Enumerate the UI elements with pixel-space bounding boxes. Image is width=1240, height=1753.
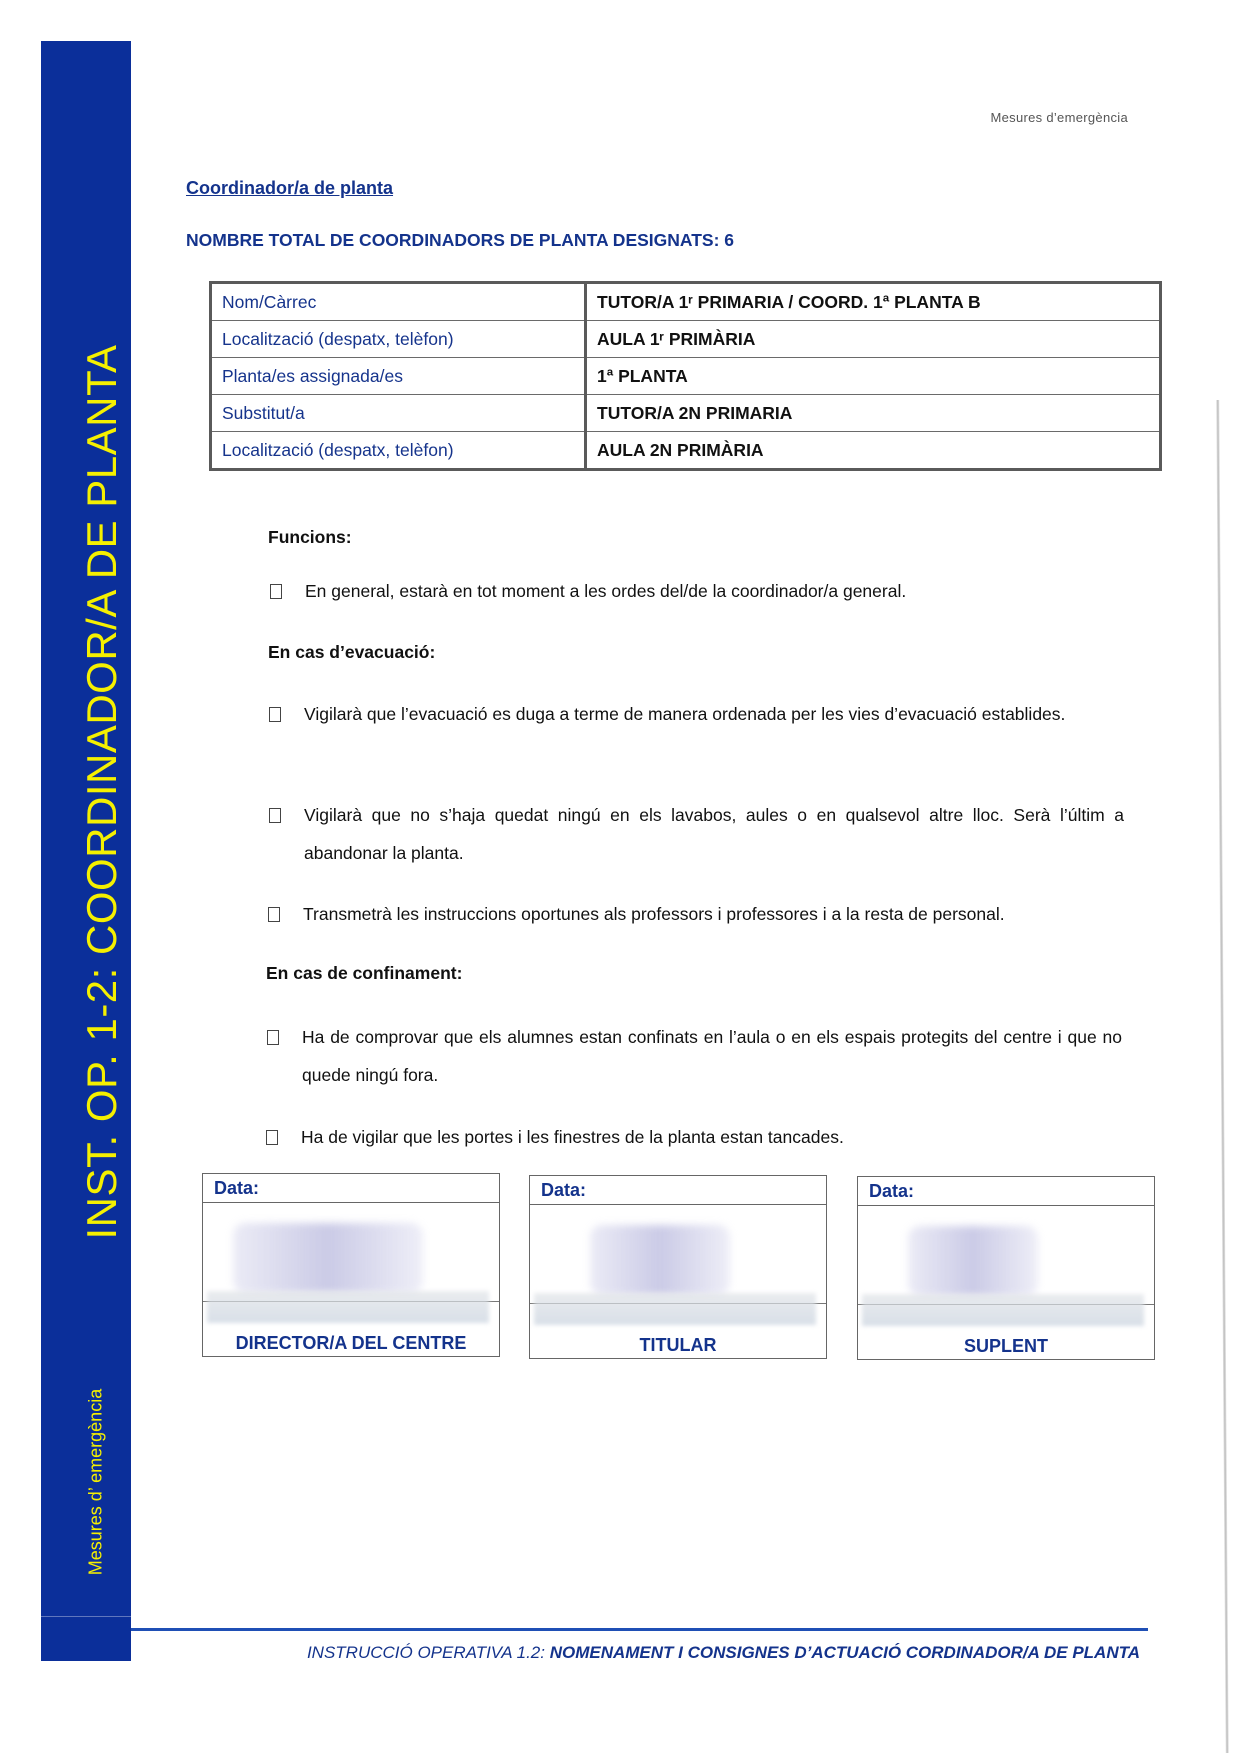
row-label: Planta/es assignada/es <box>211 358 586 395</box>
checkbox-icon <box>266 1130 278 1145</box>
table-row: Substitut/a TUTOR/A 2N PRIMARIA <box>211 395 1161 432</box>
row-label: Localització (despatx, telèfon) <box>211 432 586 470</box>
date-label: Data: <box>858 1177 1154 1206</box>
checkbox-icon <box>267 1030 279 1045</box>
coordinator-info-table: Nom/Càrrec TUTOR/A 1ʳ PRIMARIA / COORD. … <box>209 281 1162 471</box>
list-item: En general, estarà en tot moment a les o… <box>305 572 1125 610</box>
checkbox-icon <box>268 907 280 922</box>
redacted-signature <box>908 1226 1038 1296</box>
signature-area <box>858 1206 1154 1328</box>
redacted-name <box>534 1293 816 1325</box>
row-value: AULA 2N PRIMÀRIA <box>586 432 1161 470</box>
row-value: 1ª PLANTA <box>586 358 1161 395</box>
redacted-signature <box>590 1225 730 1295</box>
signature-role: DIRECTOR/A DEL CENTRE <box>203 1333 499 1354</box>
section-title: Coordinador/a de planta <box>186 178 393 199</box>
date-label: Data: <box>203 1174 499 1203</box>
redacted-signature <box>233 1223 423 1293</box>
footer-title: NOMENAMENT I CONSIGNES D’ACTUACIÓ CORDIN… <box>550 1643 1140 1662</box>
list-item: Transmetrà les instruccions oportunes al… <box>303 895 1123 933</box>
sidebar-title: INST. OP. 1-2: COORDINADOR/A DE PLANTA <box>78 345 126 1240</box>
row-label: Nom/Càrrec <box>211 283 586 321</box>
signature-role: SUPLENT <box>858 1336 1154 1357</box>
list-item: Ha de comprovar que els alumnes estan co… <box>302 1018 1122 1094</box>
signature-role: TITULAR <box>530 1335 826 1356</box>
signature-box-director: Data: DIRECTOR/A DEL CENTRE <box>202 1173 500 1357</box>
sidebar-subtitle: Mesures d’ emergència <box>86 1389 107 1575</box>
scan-page-edge <box>1216 400 1228 1753</box>
signature-box-suplent: Data: SUPLENT <box>857 1176 1155 1360</box>
row-value: TUTOR/A 2N PRIMARIA <box>586 395 1161 432</box>
signature-area <box>530 1205 826 1327</box>
row-label: Localització (despatx, telèfon) <box>211 321 586 358</box>
evacuation-heading: En cas d’evacuació: <box>268 642 435 663</box>
list-item: Ha de vigilar que les portes i les fines… <box>301 1118 1121 1156</box>
signature-area <box>203 1203 499 1325</box>
total-coordinators-label: NOMBRE TOTAL DE COORDINADORS DE PLANTA D… <box>186 230 734 251</box>
checkbox-icon <box>269 808 281 823</box>
footer-rule <box>131 1628 1148 1631</box>
table-row: Planta/es assignada/es 1ª PLANTA <box>211 358 1161 395</box>
table-row: Nom/Càrrec TUTOR/A 1ʳ PRIMARIA / COORD. … <box>211 283 1161 321</box>
functions-heading: Funcions: <box>268 527 352 548</box>
row-value: AULA 1ʳ PRIMÀRIA <box>586 321 1161 358</box>
table-row: Localització (despatx, telèfon) AULA 2N … <box>211 432 1161 470</box>
redacted-name <box>862 1294 1144 1326</box>
footer-text: INSTRUCCIÓ OPERATIVA 1.2: NOMENAMENT I C… <box>307 1643 1140 1663</box>
confinement-heading: En cas de confinament: <box>266 963 462 984</box>
redacted-name <box>207 1291 489 1323</box>
row-label: Substitut/a <box>211 395 586 432</box>
row-value: TUTOR/A 1ʳ PRIMARIA / COORD. 1ª PLANTA B <box>586 283 1161 321</box>
scan-artifact <box>41 1616 131 1617</box>
table-row: Localització (despatx, telèfon) AULA 1ʳ … <box>211 321 1161 358</box>
date-label: Data: <box>530 1176 826 1205</box>
list-item: Vigilarà que no s’haja quedat ningú en e… <box>304 796 1124 872</box>
running-header: Mesures d’emergència <box>990 110 1128 125</box>
signature-box-titular: Data: TITULAR <box>529 1175 827 1359</box>
list-item: Vigilarà que l’evacuació es duga a terme… <box>304 695 1124 733</box>
checkbox-icon <box>270 584 282 599</box>
footer-prefix: INSTRUCCIÓ OPERATIVA 1.2: <box>307 1643 550 1662</box>
checkbox-icon <box>269 707 281 722</box>
